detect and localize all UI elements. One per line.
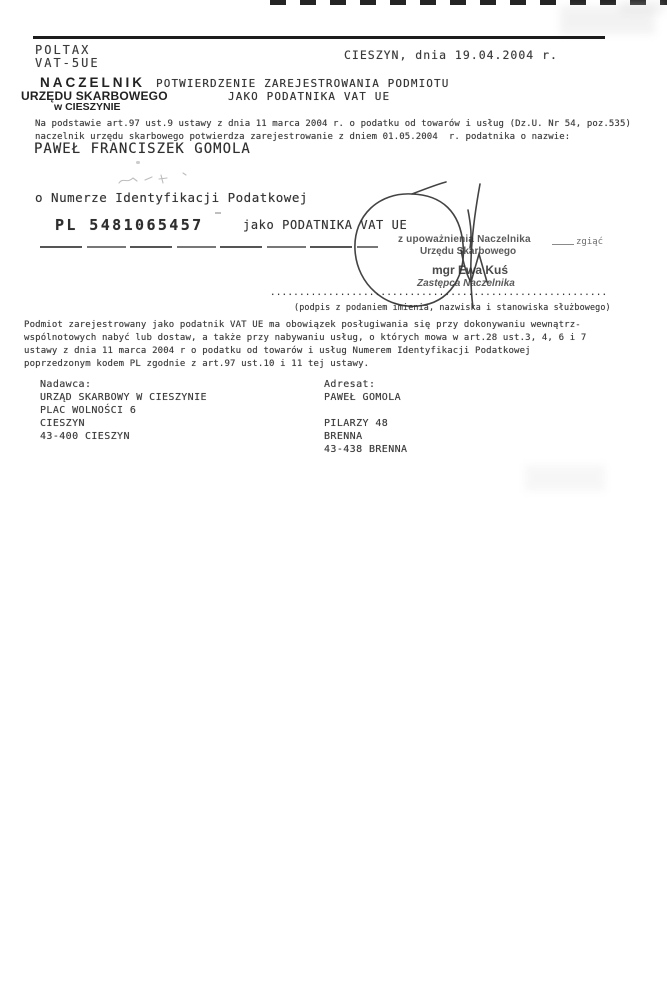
- recipient-line: PILARZY 48: [324, 418, 388, 429]
- scanned-document-page: POLTAX VAT-5UE CIESZYN, dnia 19.04.2004 …: [0, 0, 667, 1000]
- scan-artifact-top-dashes: [270, 0, 667, 5]
- scan-artifact-dot: [136, 161, 140, 164]
- scan-artifact-dash: [215, 212, 221, 214]
- recipient-line: 43-438 BRENNA: [324, 444, 407, 455]
- sender-line: PLAC WOLNOŚCI 6: [40, 405, 136, 416]
- document-title-line2: JAKO PODATNIKA VAT UE: [228, 90, 390, 103]
- nip-underline: [40, 246, 378, 248]
- fold-note: zgiąć: [576, 237, 603, 247]
- sender-line: URZĄD SKARBOWY W CIESZYNIE: [40, 392, 207, 403]
- document-title-line1: POTWIERDZENIE ZAREJESTROWANIA PODMIOTU: [156, 77, 449, 90]
- pencil-scribble-annotation: [115, 168, 200, 192]
- obligation-line4: poprzedzonym kodem PL zgodnie z art.97 u…: [24, 359, 369, 369]
- scan-artifact-smudge-middle-right: [525, 465, 605, 491]
- recipient-label: Adresat:: [324, 379, 375, 390]
- sender-label: Nadawca:: [40, 379, 91, 390]
- scan-artifact-smudge-corner: [620, 0, 665, 14]
- system-label: POLTAX: [35, 43, 90, 57]
- pen-circle-and-signature-annotation: [340, 170, 510, 320]
- nip-label: o Numerze Identyfikacji Podatkowej: [35, 190, 308, 205]
- fold-mark-line: [552, 244, 574, 245]
- office-stamp-line1: NACZELNIK: [40, 75, 145, 90]
- office-stamp-line3: w CIESZYNIE: [54, 101, 121, 113]
- taxpayer-name: PAWEŁ FRANCISZEK GOMOLA: [34, 141, 251, 157]
- obligation-line1: Podmiot zarejestrowany jako podatnik VAT…: [24, 320, 581, 330]
- header-divider-line: [33, 36, 605, 39]
- recipient-name: PAWEŁ GOMOLA: [324, 392, 401, 403]
- form-code: VAT-5UE: [35, 56, 100, 70]
- sender-line: CIESZYN: [40, 418, 85, 429]
- obligation-line2: wspólnotowych nabyć lub dostaw, a także …: [24, 333, 586, 343]
- sender-line: 43-400 CIESZYN: [40, 431, 130, 442]
- obligation-line3: ustawy z dnia 11 marca 2004 r o podatku …: [24, 346, 531, 356]
- place-and-date: CIESZYN, dnia 19.04.2004 r.: [344, 48, 558, 62]
- nip-value: PL 5481065457: [55, 216, 204, 234]
- recipient-line: BRENNA: [324, 431, 363, 442]
- legal-basis-line1: Na podstawie art.97 ust.9 ustawy z dnia …: [35, 119, 631, 129]
